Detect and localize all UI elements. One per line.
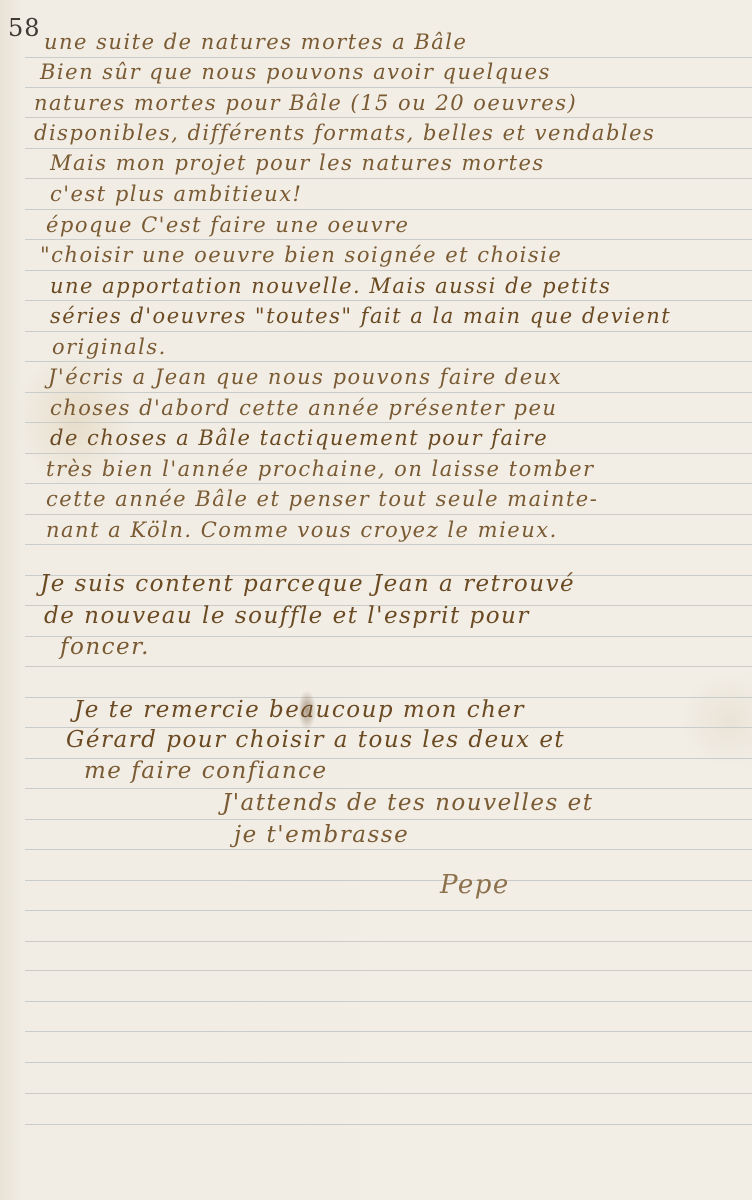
ruled-line (25, 148, 752, 149)
ruled-line (25, 788, 752, 789)
ruled-line (25, 666, 752, 667)
signature: Pepe (440, 870, 510, 900)
text-line: cette année Bâle et penser tout seule ma… (46, 487, 598, 511)
ruled-line (25, 239, 752, 240)
text-line: Je suis content parceque Jean a retrouvé (40, 571, 575, 597)
text-line: me faire confiance (84, 758, 328, 784)
ruled-line (25, 117, 752, 118)
ruled-line (25, 1031, 752, 1032)
ruled-line (25, 422, 752, 423)
ruled-line (25, 331, 752, 332)
ruled-line (25, 970, 752, 971)
ruled-line (25, 392, 752, 393)
ruled-line (25, 849, 752, 850)
text-line: séries d'oeuvres "toutes" fait a la main… (50, 304, 671, 328)
ruled-line (25, 57, 752, 58)
ruled-line (25, 300, 752, 301)
ruled-line (25, 1124, 752, 1125)
text-line: choses d'abord cette année présenter peu (50, 396, 557, 420)
text-line: Mais mon projet pour les natures mortes (50, 151, 545, 175)
text-line: époque C'est faire une oeuvre (46, 213, 409, 237)
text-line: c'est plus ambitieux! (50, 182, 302, 206)
notebook-page: 58 une suite de natures mortes a Bâle Bi… (0, 0, 752, 1200)
text-line: foncer. (60, 634, 150, 660)
ruled-line (25, 1062, 752, 1063)
ruled-line (25, 361, 752, 362)
ruled-line (25, 514, 752, 515)
ruled-line (25, 819, 752, 820)
ruled-line (25, 453, 752, 454)
text-line: une suite de natures mortes a Bâle (44, 30, 467, 54)
ruled-line (25, 1093, 752, 1094)
text-line: originals. (52, 335, 167, 359)
ruled-line (25, 87, 752, 88)
text-line: très bien l'année prochaine, on laisse t… (46, 457, 595, 481)
text-line: Gérard pour choisir a tous les deux et (66, 727, 565, 753)
text-line: nant a Köln. Comme vous croyez le mieux. (46, 518, 558, 542)
ruled-line (25, 270, 752, 271)
text-line: Bien sûr que nous pouvons avoir quelques (40, 60, 551, 84)
ruled-line (25, 941, 752, 942)
ruled-line (25, 1001, 752, 1002)
ruled-line (25, 910, 752, 911)
text-line: "choisir une oeuvre bien soignée et choi… (40, 243, 562, 267)
ruled-line (25, 209, 752, 210)
ruled-line (25, 544, 752, 545)
page-number: 58 (8, 14, 41, 42)
text-line: je t'embrasse (234, 822, 409, 848)
text-line: une apportation nouvelle. Mais aussi de … (50, 274, 611, 298)
ruled-line (25, 178, 752, 179)
text-line: J'attends de tes nouvelles et (222, 790, 594, 816)
ink-stain (298, 690, 316, 730)
text-line: J'écris a Jean que nous pouvons faire de… (48, 365, 562, 389)
ruled-line (25, 880, 752, 881)
ruled-line (25, 483, 752, 484)
text-line: de nouveau le souffle et l'esprit pour (44, 603, 530, 629)
text-line: de choses a Bâle tactiquement pour faire (50, 426, 548, 450)
text-line: natures mortes pour Bâle (15 ou 20 oeuvr… (34, 91, 577, 115)
text-line: disponibles, différents formats, belles … (34, 121, 655, 145)
